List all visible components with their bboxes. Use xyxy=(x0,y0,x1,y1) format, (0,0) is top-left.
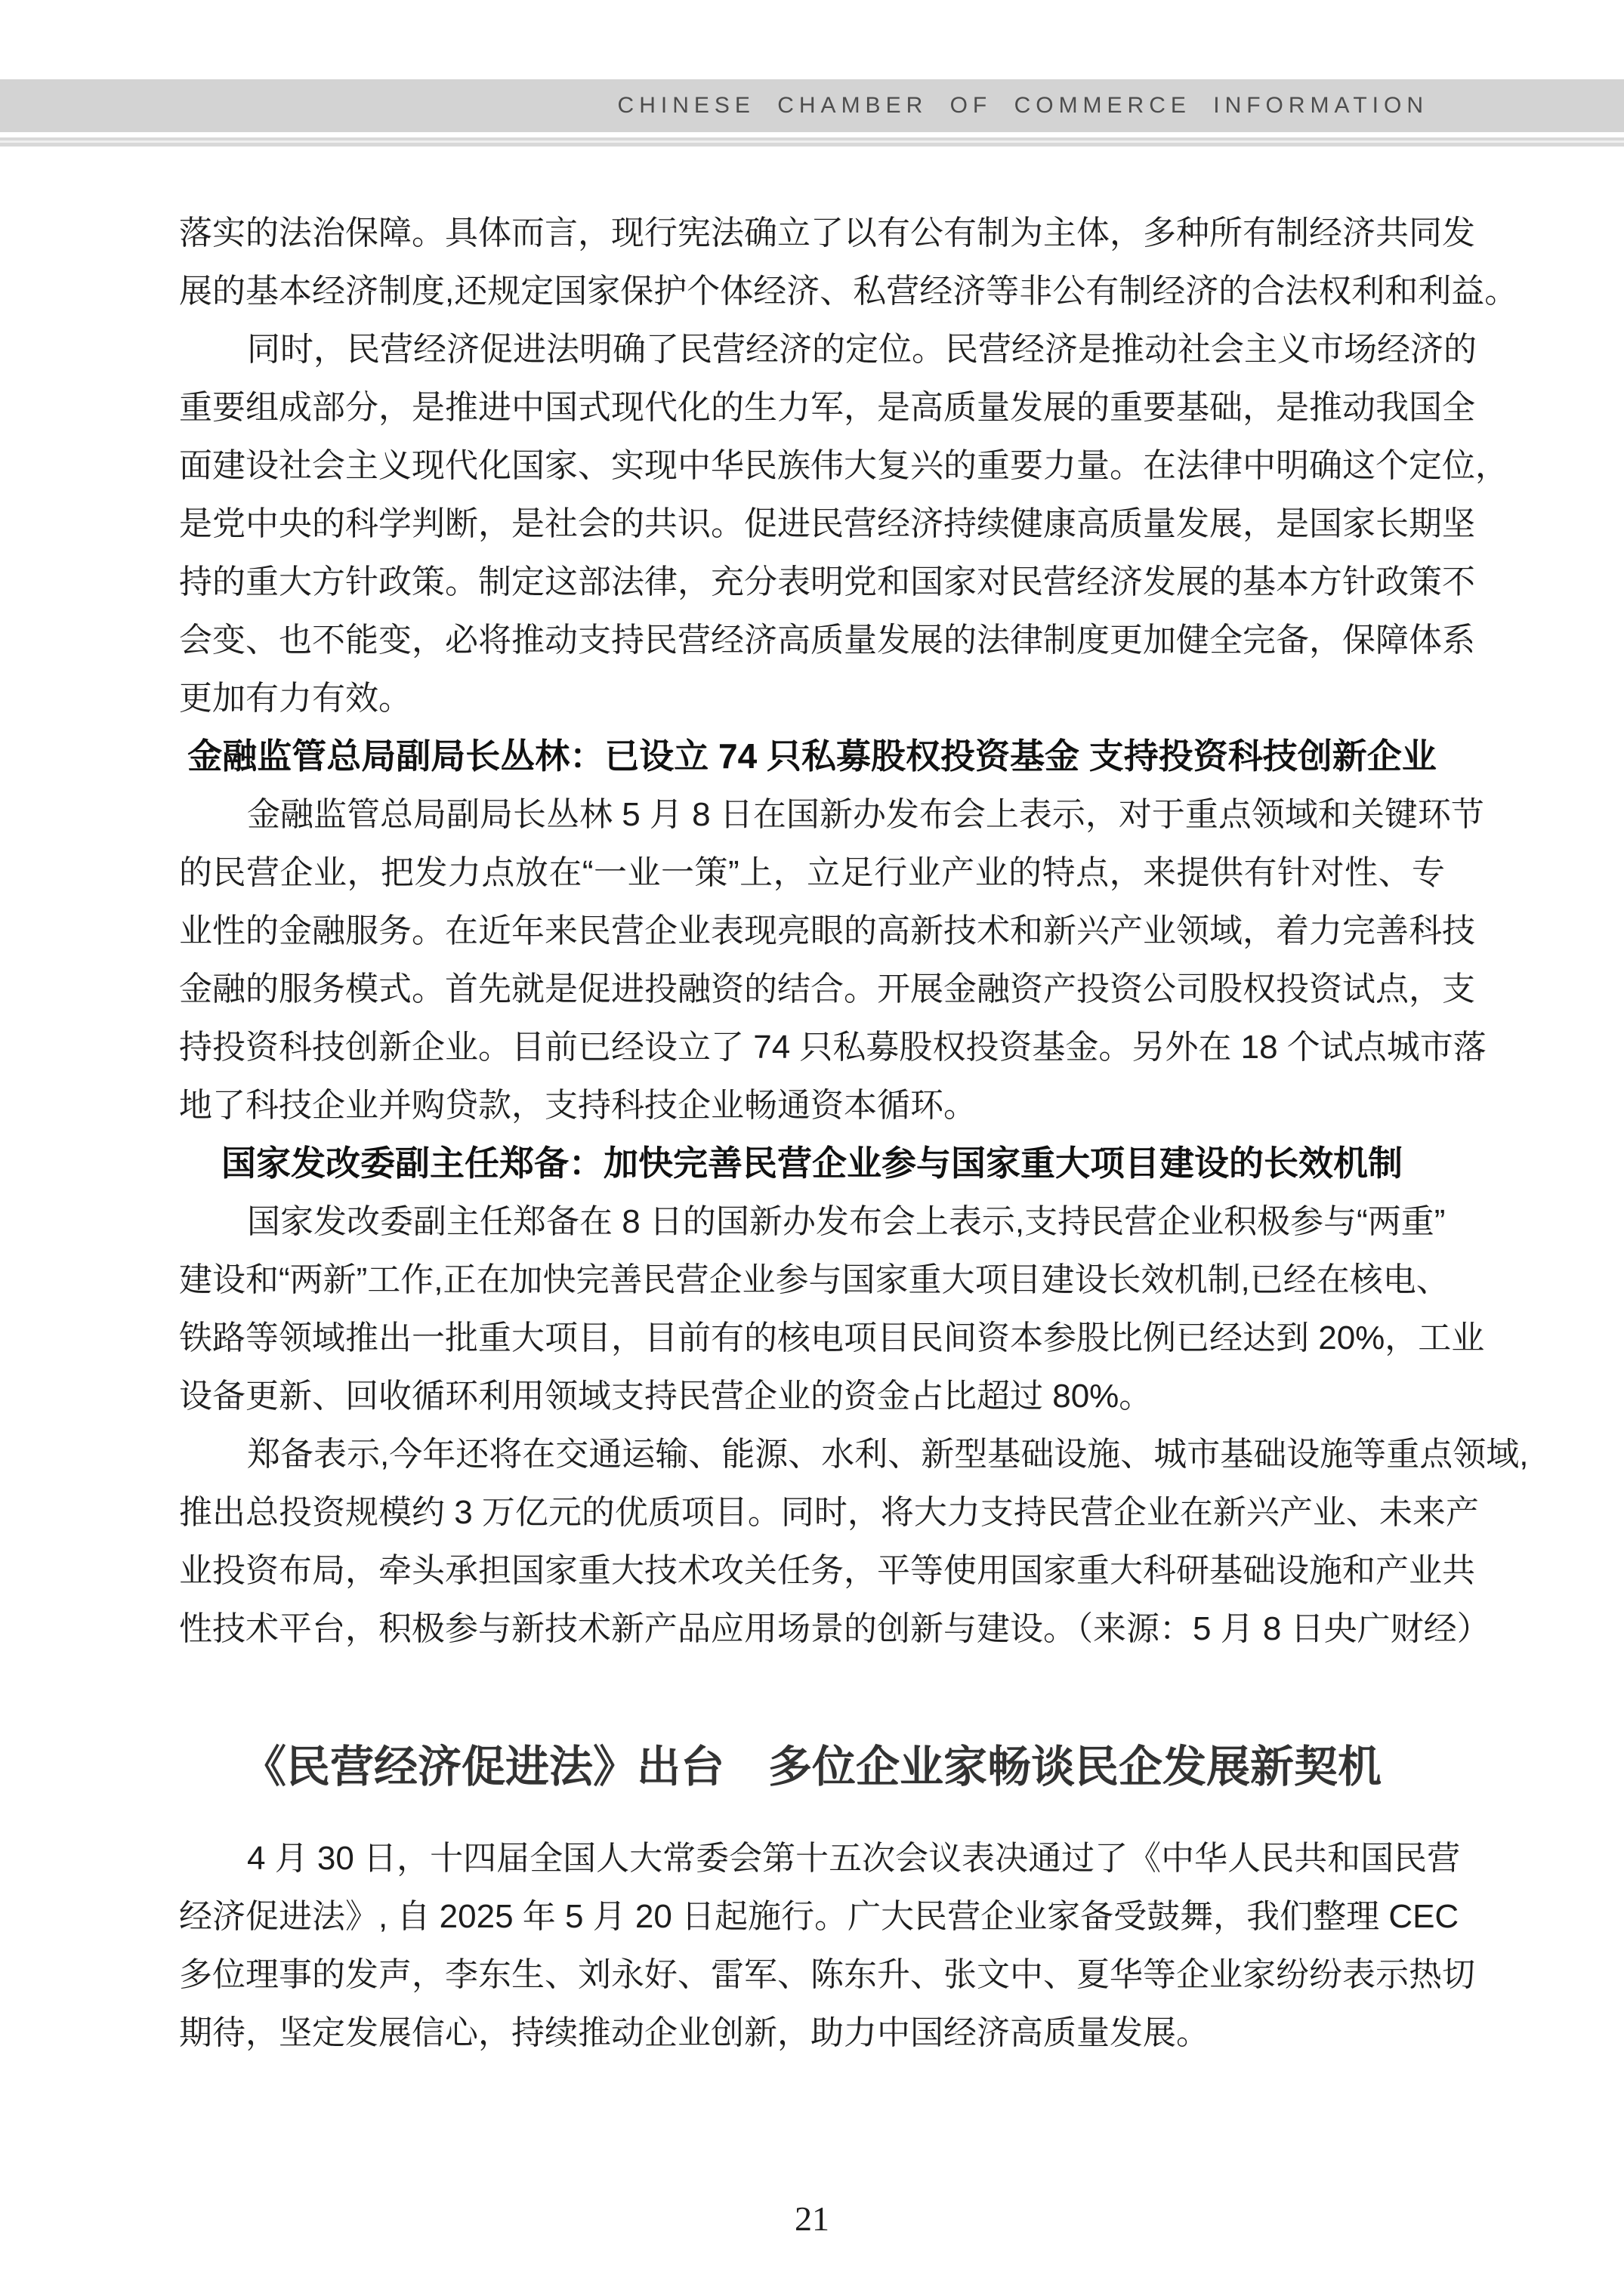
body-line: 会变、也不能变，必将推动支持民营经济高质量发展的法律制度更加健全完备，保障体系 xyxy=(179,611,1445,669)
body-line: 面建设社会主义现代化国家、实现中华民族伟大复兴的重要力量。在法律中明确这个定位， xyxy=(179,437,1445,495)
header-band-text: CHINESE CHAMBER OF COMMERCE INFORMATION xyxy=(618,79,1428,132)
body-line: 期待，坚定发展信心，持续推动企业创新，助力中国经济高质量发展。 xyxy=(179,2004,1445,2062)
body-line: 同时，民营经济促进法明确了民营经济的定位。民营经济是推动社会主义市场经济的 xyxy=(179,320,1445,378)
body-line: 多位理事的发声，李东生、刘永好、雷军、陈东升、张文中、夏华等企业家纷纷表示热切 xyxy=(179,1946,1445,2004)
body-line: 地了科技企业并购贷款，支持科技企业畅通资本循环。 xyxy=(179,1076,1445,1134)
body-line: 是党中央的科学判断，是社会的共识。促进民营经济持续健康高质量发展，是国家长期坚 xyxy=(179,495,1445,553)
body-line: 建设和“两新”工作,正在加快完善民营企业参与国家重大项目建设长效机制,已经在核电… xyxy=(179,1251,1445,1309)
body-line: 重要组成部分，是推进中国式现代化的生力军，是高质量发展的重要基础，是推动我国全 xyxy=(179,378,1445,437)
section-heading: 国家发改委副主任郑备：加快完善民营企业参与国家重大项目建设的长效机制 xyxy=(179,1134,1445,1193)
section-heading: 金融监管总局副局长丛林：已设立 74 只私募股权投资基金 支持投资科技创新企业 xyxy=(179,727,1445,785)
body-line: 持投资科技创新企业。目前已经设立了 74 只私募股权投资基金。另外在 18 个试… xyxy=(179,1018,1445,1076)
body-line: 落实的法治保障。具体而言，现行宪法确立了以有公有制为主体，多种所有制经济共同发 xyxy=(179,204,1445,262)
document-body: 落实的法治保障。具体而言，现行宪法确立了以有公有制为主体，多种所有制经济共同发展… xyxy=(179,204,1445,2062)
body-line: 郑备表示,今年还将在交通运输、能源、水利、新型基础设施、城市基础设施等重点领域, xyxy=(179,1425,1445,1483)
body-line: 业投资布局，牵头承担国家重大技术攻关任务，平等使用国家重大科研基础设施和产业共 xyxy=(179,1542,1445,1600)
body-line: 展的基本经济制度,还规定国家保护个体经济、私营经济等非公有制经济的合法权利和利益… xyxy=(179,262,1445,320)
body-line: 设备更新、回收循环利用领域支持民营企业的资金占比超过 80%。 xyxy=(179,1367,1445,1425)
article-title: 《民营经济促进法》出台 多位企业家畅谈民企发展新契机 xyxy=(179,1730,1445,1805)
body-line: 国家发改委副主任郑备在 8 日的国新办发布会上表示,支持民营企业积极参与“两重” xyxy=(179,1193,1445,1251)
body-line: 的民营企业，把发力点放在“一业一策”上，立足行业产业的特点，来提供有针对性、专 xyxy=(179,844,1445,902)
page-number: 21 xyxy=(0,2196,1624,2242)
header-band: CHINESE CHAMBER OF COMMERCE INFORMATION xyxy=(0,79,1624,132)
body-line: 4 月 30 日，十四届全国人大常委会第十五次会议表决通过了《中华人民共和国民营 xyxy=(179,1829,1445,1887)
document-page: CHINESE CHAMBER OF COMMERCE INFORMATION … xyxy=(0,0,1624,2293)
header-rule-divider xyxy=(0,137,1624,147)
body-line: 推出总投资规模约 3 万亿元的优质项目。同时，将大力支持民营企业在新兴产业、未来… xyxy=(179,1483,1445,1542)
body-line: 铁路等领域推出一批重大项目，目前有的核电项目民间资本参股比例已经达到 20%，工… xyxy=(179,1309,1445,1367)
body-line: 金融的服务模式。首先就是促进投融资的结合。开展金融资产投资公司股权投资试点，支 xyxy=(179,960,1445,1018)
body-line: 金融监管总局副局长丛林 5 月 8 日在国新办发布会上表示，对于重点领域和关键环… xyxy=(179,785,1445,844)
body-line: 性技术平台，积极参与新技术新产品应用场景的创新与建设。（来源：5 月 8 日央广… xyxy=(179,1600,1445,1658)
body-line: 业性的金融服务。在近年来民营企业表现亮眼的高新技术和新兴产业领域，着力完善科技 xyxy=(179,902,1445,960)
body-line: 经济促进法》, 自 2025 年 5 月 20 日起施行。广大民营企业家备受鼓舞… xyxy=(179,1887,1445,1946)
body-line: 持的重大方针政策。制定这部法律，充分表明党和国家对民营经济发展的基本方针政策不 xyxy=(179,553,1445,611)
body-line: 更加有力有效。 xyxy=(179,669,1445,727)
